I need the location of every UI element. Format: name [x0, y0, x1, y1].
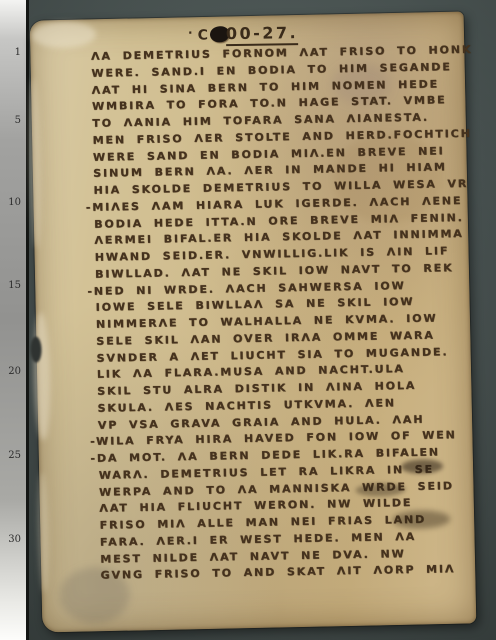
line-number-gutter: 151015202530: [0, 0, 26, 640]
line-number: 1: [1, 47, 21, 59]
line-number: 10: [1, 197, 21, 209]
line-number: 25: [1, 450, 21, 462]
heading-number: 00-27.: [226, 23, 299, 46]
heading-prefix: C: [198, 27, 210, 43]
paper-worn-patch: [33, 312, 52, 440]
gutter-divider: [26, 0, 29, 640]
document-scan: 151015202530 . C00-27. ΛA DEMETRIUS FORN…: [0, 0, 496, 640]
line-number: 20: [1, 366, 21, 378]
paper-worn-patch: [32, 21, 97, 48]
heading-dot: .: [188, 23, 193, 37]
manuscript-text: ΛA DEMETRIUS FORNOM ΛAT FRISO TO HONKWER…: [91, 43, 473, 586]
paper-worn-patch: [37, 472, 50, 592]
line-number: 5: [1, 115, 21, 127]
line-number: 30: [1, 534, 21, 546]
manuscript-page: . C00-27. ΛA DEMETRIUS FORNOM ΛAT FRISO …: [30, 12, 477, 633]
paper-tear-notch: [30, 336, 42, 362]
paper-worn-patch: [28, 78, 43, 248]
line-number: 15: [1, 280, 21, 292]
